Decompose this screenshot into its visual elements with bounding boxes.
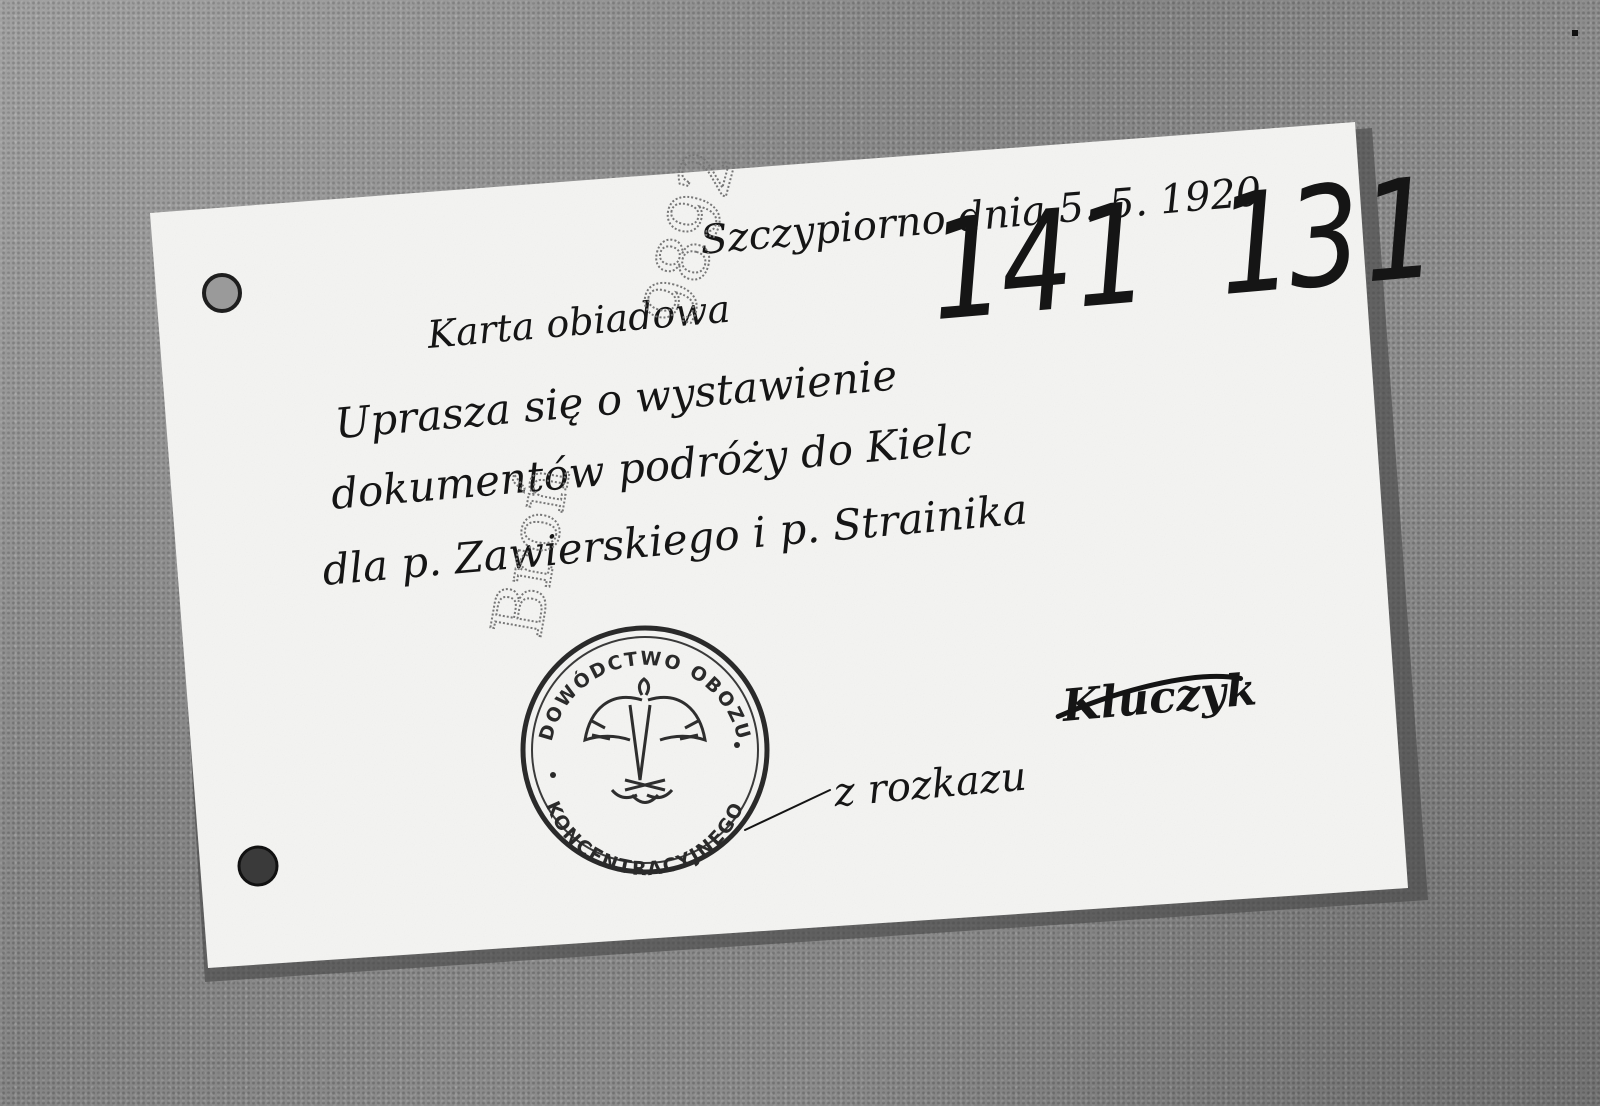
punch-hole-bottom bbox=[239, 847, 277, 885]
card-svg: Szczypiorno dnia 5. 5. 1920 Karta obiado… bbox=[0, 0, 1600, 1106]
document-card: Szczypiorno dnia 5. 5. 1920 Karta obiado… bbox=[0, 0, 1600, 1106]
punch-hole-top bbox=[204, 275, 240, 311]
